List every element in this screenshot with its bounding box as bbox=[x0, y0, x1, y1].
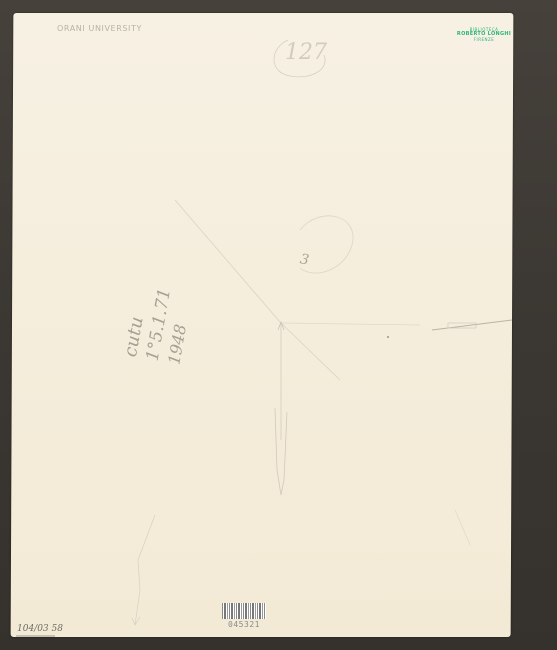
stamp-line-3: FIRENZE bbox=[448, 38, 520, 42]
barcode-number: 045321 bbox=[222, 620, 266, 629]
handwritten-note: cutu 1°5.1.71 1948 bbox=[120, 283, 196, 366]
catalog-number: 127 bbox=[285, 40, 327, 65]
library-stamp: BIBLIOTECA ROBERTO LONGHI FIRENZE bbox=[448, 28, 520, 42]
barcode bbox=[222, 603, 266, 619]
inventory-number: 104/03 58 bbox=[17, 624, 63, 634]
top-left-caption: ORANI UNIVERSITY bbox=[57, 24, 142, 33]
photo-back-sheet bbox=[11, 13, 514, 637]
